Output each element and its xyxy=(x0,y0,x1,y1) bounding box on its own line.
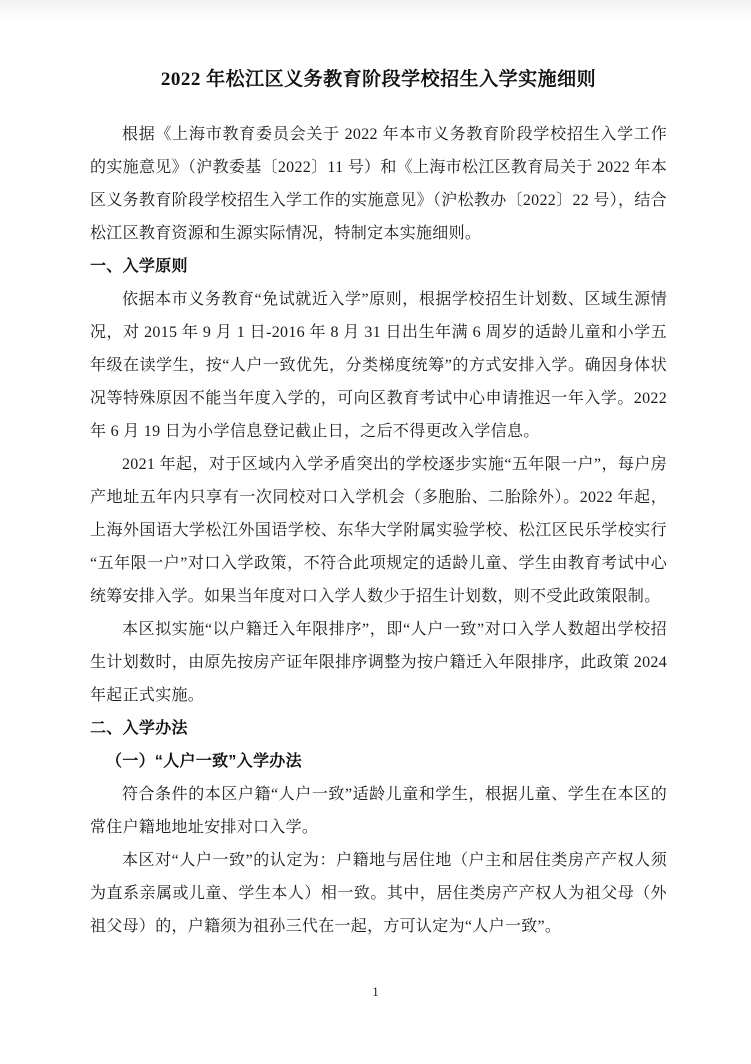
subsection-heading-renhu-yizhi: （一）“人户一致”入学办法 xyxy=(90,745,667,778)
section-heading-admission-methods: 二、入学办法 xyxy=(90,712,667,745)
document-page: 2022 年松江区义务教育阶段学校招生入学实施细则 根据《上海市教育委员会关于 … xyxy=(0,0,751,1064)
paragraph-principles-1: 依据本市义务教育“免试就近入学”原则，根据学校招生计划数、区域生源情况，对 20… xyxy=(90,283,667,448)
paragraph-renhu-2: 本区对“人户一致”的认定为：户籍地与居住地（户主和居住类房产产权人须为直系亲属或… xyxy=(90,844,667,943)
paragraph-principles-3: 本区拟实施“以户籍迁入年限排序”，即“人户一致”对口入学人数超出学校招生计划数时… xyxy=(90,613,667,712)
document-title: 2022 年松江区义务教育阶段学校招生入学实施细则 xyxy=(90,66,667,94)
section-heading-admission-principles: 一、入学原则 xyxy=(90,250,667,283)
paragraph-renhu-1: 符合条件的本区户籍“人户一致”适龄儿童和学生，根据儿童、学生在本区的常住户籍地地… xyxy=(90,778,667,844)
page-number: 1 xyxy=(0,984,751,1000)
paragraph-intro: 根据《上海市教育委员会关于 2022 年本市义务教育阶段学校招生入学工作的实施意… xyxy=(90,118,667,250)
page-top-shade xyxy=(0,0,751,22)
paragraph-principles-2: 2021 年起，对于区域内入学矛盾突出的学校逐步实施“五年限一户”，每户房产地址… xyxy=(90,448,667,613)
